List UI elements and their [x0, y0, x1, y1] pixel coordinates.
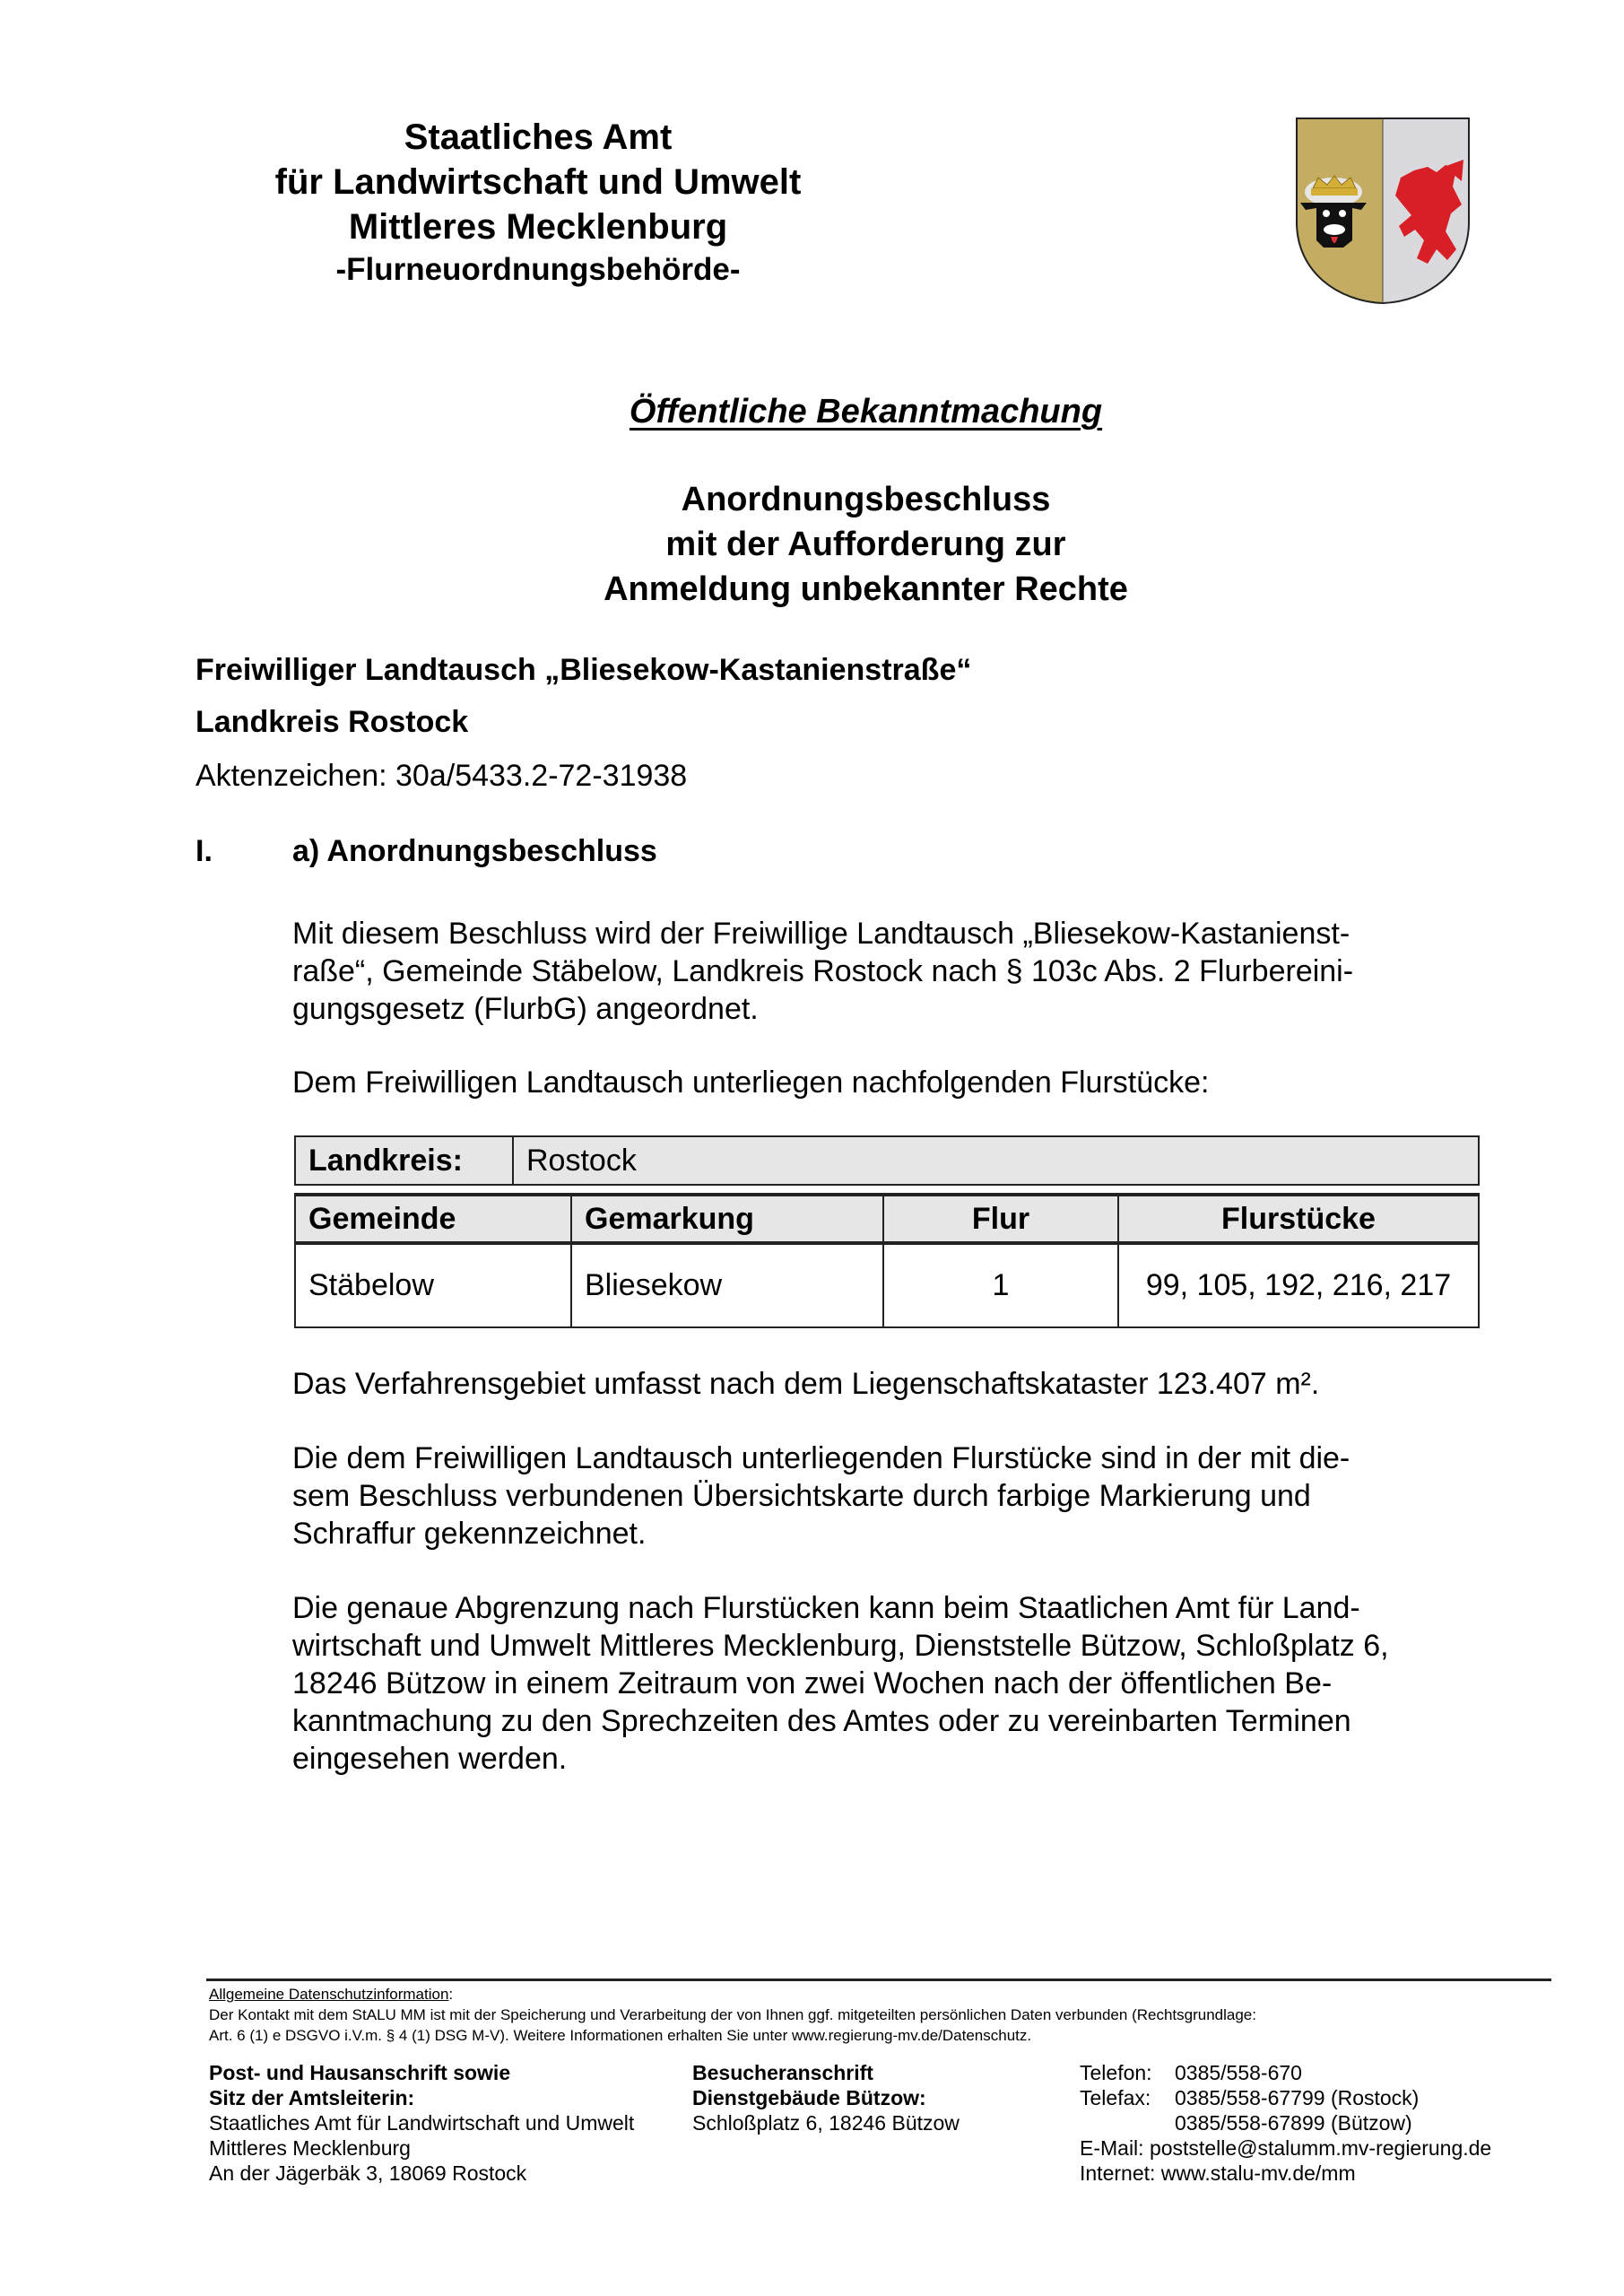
column-header-flur: Flur	[883, 1195, 1118, 1243]
cell-flur: 1	[883, 1243, 1118, 1327]
inspection-paragraph-line: 18246 Bützow in einem Zeitraum von zwei …	[292, 1665, 1494, 1702]
parcel-table-body: Gemeinde Gemarkung Flur Flurstücke Stäbe…	[294, 1193, 1480, 1328]
privacy-title-colon: :	[448, 1986, 453, 2003]
procedure-name: Freiwilliger Landtausch „Bliesekow-Kasta…	[195, 653, 971, 688]
decision-title-line-2: mit der Aufforderung zur	[108, 522, 1624, 567]
table-header-row: Gemeinde Gemarkung Flur Flurstücke	[295, 1195, 1479, 1243]
authority-name-line-2: für Landwirtschaft und Umwelt	[206, 160, 870, 204]
cell-gemeinde: Stäbelow	[295, 1243, 571, 1327]
inspection-paragraph-line: Die genaue Abgrenzung nach Flurstücken k…	[292, 1589, 1494, 1627]
visitor-line-1: Schloßplatz 6, 18246 Bützow	[692, 2110, 960, 2135]
fax-label: Telefax:	[1080, 2085, 1175, 2110]
decision-paragraph-line: raße“, Gemeinde Stäbelow, Landkreis Rost…	[292, 952, 1494, 990]
authority-name-line-3: Mittleres Mecklenburg	[206, 204, 870, 249]
cell-gemarkung: Bliesekow	[571, 1243, 883, 1327]
phone-number: 0385/558-670	[1175, 2060, 1302, 2085]
map-paragraph: Die dem Freiwilligen Landtausch unterlie…	[292, 1439, 1494, 1552]
area-paragraph: Das Verfahrensgebiet umfasst nach dem Li…	[292, 1365, 1494, 1403]
inspection-paragraph: Die genaue Abgrenzung nach Flurstücken k…	[292, 1589, 1494, 1778]
procedure-district: Landkreis Rostock	[195, 705, 468, 740]
section-number: I.	[195, 834, 213, 869]
decision-paragraph-line: Mit diesem Beschluss wird der Freiwillig…	[292, 915, 1494, 952]
inspection-paragraph-line: eingesehen werden.	[292, 1740, 1494, 1778]
coat-of-arms-icon	[1293, 115, 1481, 310]
map-paragraph-line: Die dem Freiwilligen Landtausch unterlie…	[292, 1439, 1494, 1477]
fax-row-2: 0385/558-67899 (Bützow)	[1080, 2110, 1491, 2135]
district-label: Landkreis:	[295, 1136, 513, 1185]
map-paragraph-line: sem Beschluss verbundenen Übersichtskart…	[292, 1477, 1494, 1515]
column-header-flurstuecke: Flurstücke	[1118, 1195, 1479, 1243]
inspection-paragraph-line: wirtschaft und Umwelt Mittleres Mecklenb…	[292, 1627, 1494, 1665]
fax-label-spacer	[1080, 2110, 1175, 2135]
privacy-line-2: Art. 6 (1) e DSGVO i.V.m. § 4 (1) DSG M-…	[209, 2025, 1536, 2046]
phone-row: Telefon: 0385/558-670	[1080, 2060, 1491, 2085]
postal-line-3: An der Jägerbäk 3, 18069 Rostock	[209, 2161, 634, 2186]
cell-flurstuecke: 99, 105, 192, 216, 217	[1118, 1243, 1479, 1327]
decision-paragraph-line: gungsgesetz (FlurbG) angeordnet.	[292, 990, 1494, 1028]
letterhead: Staatliches Amt für Landwirtschaft und U…	[206, 115, 870, 291]
column-header-gemeinde: Gemeinde	[295, 1195, 571, 1243]
phone-label: Telefon:	[1080, 2060, 1175, 2085]
parcels-intro: Dem Freiwilligen Landtausch unterliegen …	[292, 1064, 1494, 1101]
footer-divider	[206, 1979, 1551, 1981]
postal-heading-2: Sitz der Amtsleiterin:	[209, 2085, 634, 2110]
fax-rostock: 0385/558-67799 (Rostock)	[1175, 2085, 1419, 2110]
fax-buetzow: 0385/558-67899 (Bützow)	[1175, 2110, 1412, 2135]
visitor-heading-1: Besucheranschrift	[692, 2060, 960, 2085]
postal-heading-1: Post- und Hausanschrift sowie	[209, 2060, 634, 2085]
web-address[interactable]: www.stalu-mv.de/mm	[1161, 2161, 1356, 2185]
fax-row: Telefax: 0385/558-67799 (Rostock)	[1080, 2085, 1491, 2110]
notice-title: Öffentliche Bekanntmachung	[0, 393, 1624, 431]
email-row: E-Mail: poststelle@stalumm.mv-regierung.…	[1080, 2135, 1491, 2161]
privacy-line-1: Der Kontakt mit dem StALU MM ist mit der…	[209, 2005, 1536, 2025]
decision-title-line-3: Anmeldung unbekannter Rechte	[108, 567, 1624, 612]
section-title: a) Anordnungsbeschluss	[292, 834, 657, 869]
table-district-row: Landkreis: Rostock	[295, 1136, 1479, 1185]
postal-line-2: Mittleres Mecklenburg	[209, 2135, 634, 2161]
contact-info: Telefon: 0385/558-670 Telefax: 0385/558-…	[1080, 2060, 1491, 2186]
email-label: E-Mail:	[1080, 2136, 1144, 2160]
postal-address: Post- und Hausanschrift sowie Sitz der A…	[209, 2060, 634, 2186]
web-label: Internet:	[1080, 2161, 1155, 2185]
authority-department: -Flurneuordnungsbehörde-	[206, 249, 870, 291]
column-header-gemarkung: Gemarkung	[571, 1195, 883, 1243]
visitor-heading-2: Dienstgebäude Bützow:	[692, 2085, 960, 2110]
authority-name-line-1: Staatliches Amt	[206, 115, 870, 160]
privacy-notice: Allgemeine Datenschutzinformation: Der K…	[209, 1984, 1536, 2046]
inspection-paragraph-line: kanntmachung zu den Sprechzeiten des Amt…	[292, 1702, 1494, 1740]
web-row: Internet: www.stalu-mv.de/mm	[1080, 2161, 1491, 2186]
postal-line-1: Staatliches Amt für Landwirtschaft und U…	[209, 2110, 634, 2135]
decision-title: Anordnungsbeschluss mit der Aufforderung…	[0, 477, 1624, 612]
decision-title-line-1: Anordnungsbeschluss	[108, 477, 1624, 522]
table-row: Stäbelow Bliesekow 1 99, 105, 192, 216, …	[295, 1243, 1479, 1327]
privacy-title: Allgemeine Datenschutzinformation	[209, 1986, 448, 2003]
file-reference: Aktenzeichen: 30a/5433.2-72-31938	[195, 759, 687, 794]
map-paragraph-line: Schraffur gekennzeichnet.	[292, 1515, 1494, 1552]
email-address[interactable]: poststelle@stalumm.mv-regierung.de	[1150, 2136, 1491, 2160]
district-value: Rostock	[513, 1136, 1479, 1185]
parcel-table: Landkreis: Rostock	[294, 1135, 1480, 1186]
visitor-address: Besucheranschrift Dienstgebäude Bützow: …	[692, 2060, 960, 2135]
decision-paragraph: Mit diesem Beschluss wird der Freiwillig…	[292, 915, 1494, 1028]
